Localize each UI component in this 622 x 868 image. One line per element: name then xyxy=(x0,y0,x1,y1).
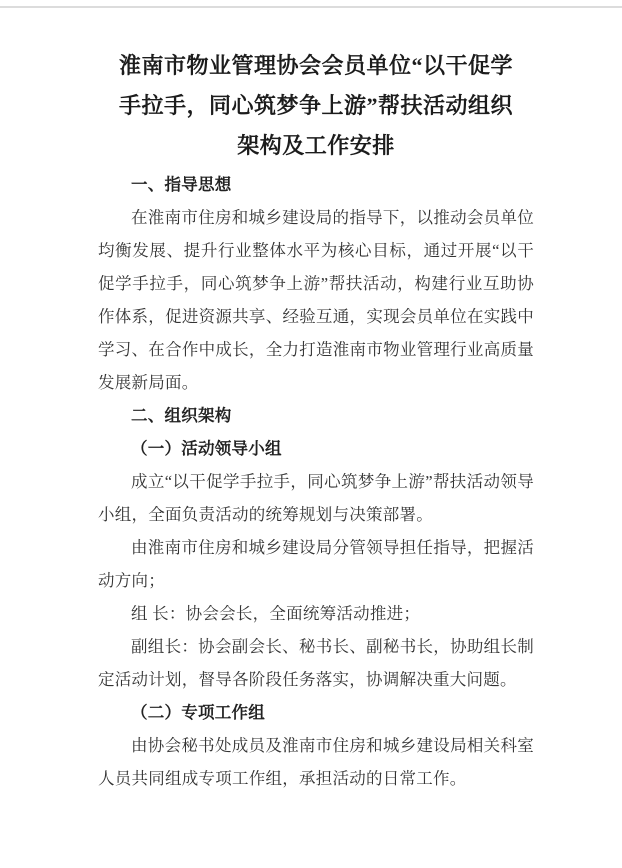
paragraph: 组 长：协会会长，全面统筹活动推进； xyxy=(98,597,534,630)
section-heading: 一、指导思想 xyxy=(98,168,534,201)
doc-title-line: 淮南市物业管理协会会员单位“以干促学 xyxy=(98,46,534,86)
paragraph: 由淮南市住房和城乡建设局分管领导担任指导，把握活动方向； xyxy=(98,531,534,597)
document-body: 一、指导思想在淮南市住房和城乡建设局的指导下，以推动会员单位均衡发展、提升行业整… xyxy=(98,168,534,795)
paragraph: 由协会秘书处成员及淮南市住房和城乡建设局相关科室人员共同组成专项工作组，承担活动… xyxy=(98,729,534,795)
doc-title: 淮南市物业管理协会会员单位“以干促学手拉手，同心筑梦争上游”帮扶活动组织架构及工… xyxy=(98,46,534,166)
paragraph: 副组长：协会副会长、秘书长、副秘书长，协助组长制定活动计划，督导各阶段任务落实，… xyxy=(98,630,534,696)
section-heading: 二、组织架构 xyxy=(98,399,534,432)
doc-title-line: 手拉手，同心筑梦争上游”帮扶活动组织 xyxy=(98,86,534,126)
document-content: 淮南市物业管理协会会员单位“以干促学手拉手，同心筑梦争上游”帮扶活动组织架构及工… xyxy=(0,0,622,795)
paragraph: 成立“以干促学手拉手，同心筑梦争上游”帮扶活动领导小组，全面负责活动的统筹规划与… xyxy=(98,465,534,531)
page-top-edge xyxy=(0,6,622,8)
section-heading: （二）专项工作组 xyxy=(98,696,534,729)
doc-title-line: 架构及工作安排 xyxy=(98,126,534,166)
document-page: 淮南市物业管理协会会员单位“以干促学手拉手，同心筑梦争上游”帮扶活动组织架构及工… xyxy=(0,0,622,868)
paragraph: 在淮南市住房和城乡建设局的指导下，以推动会员单位均衡发展、提升行业整体水平为核心… xyxy=(98,201,534,399)
section-heading: （一）活动领导小组 xyxy=(98,432,534,465)
